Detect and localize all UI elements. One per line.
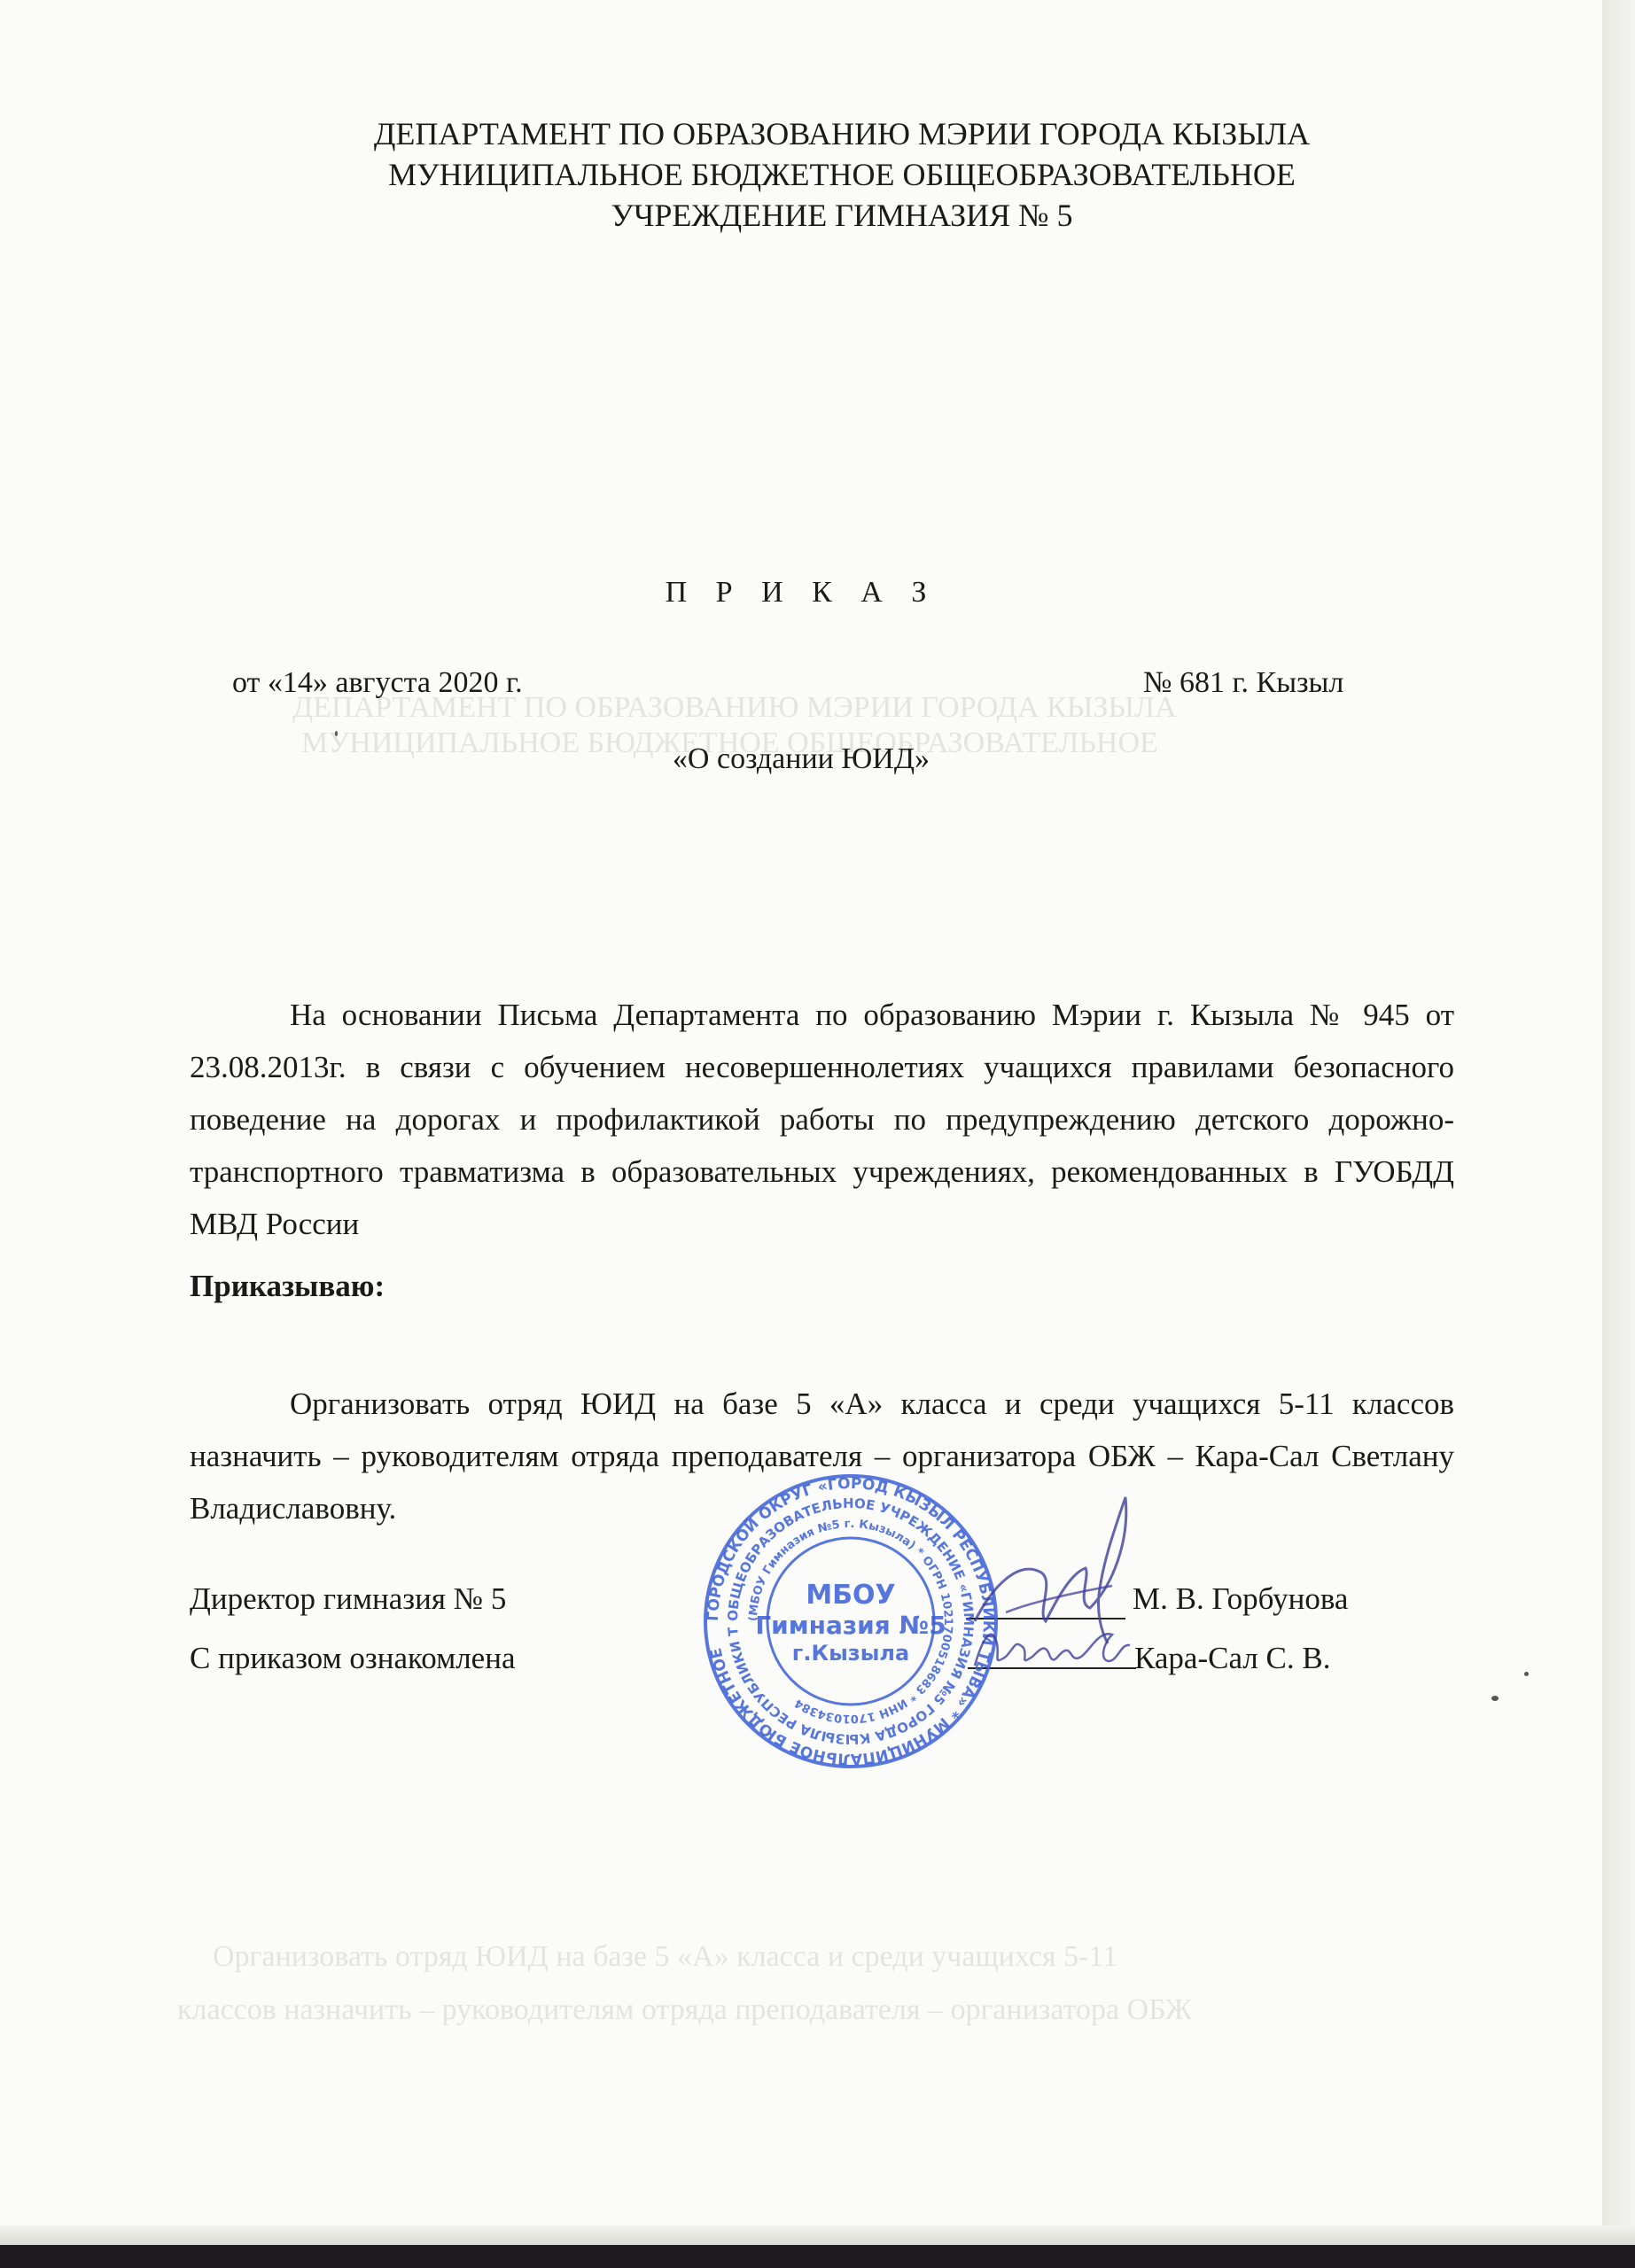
scan-speck bbox=[335, 731, 338, 736]
acknowledged-name: Кара-Сал С. В. bbox=[1134, 1641, 1330, 1676]
bleed-through-text: Организовать отряд ЮИД на базе 5 «А» кла… bbox=[213, 1940, 1117, 1974]
header-line-3: УЧРЕЖДЕНИЕ ГИМНАЗИЯ № 5 bbox=[266, 195, 1418, 236]
order-label: Приказываю: bbox=[190, 1269, 385, 1304]
scan-speck bbox=[1491, 1696, 1499, 1701]
bleed-through-text: классов назначить – руководителям отряда… bbox=[177, 1993, 1192, 2027]
document-number-place: № 681 г. Кызыл bbox=[1143, 666, 1343, 700]
stamp-center-line-1: МБОУ bbox=[806, 1580, 895, 1611]
document-date: от «14» августа 2020 г. bbox=[232, 666, 523, 700]
stamp-center-line-3: г.Кызыла bbox=[792, 1641, 909, 1666]
director-label: Директор гимназия № 5 bbox=[190, 1581, 506, 1617]
document-page: ДЕПАРТАМЕНТ ПО ОБРАЗОВАНИЮ МЭРИИ ГОРОДА … bbox=[0, 0, 1602, 2243]
acknowledged-signature bbox=[966, 1617, 1143, 1679]
scan-speck bbox=[1524, 1672, 1529, 1676]
scanner-bed-strip bbox=[0, 2245, 1635, 2268]
stamp-center-line-2: Гимназия №5 bbox=[755, 1611, 946, 1640]
document-title: П Р И К А З bbox=[0, 576, 1602, 610]
document-subject: «О создании ЮИД» bbox=[0, 742, 1602, 776]
institution-header: ДЕПАРТАМЕНТ ПО ОБРАЗОВАНИЮ МЭРИИ ГОРОДА … bbox=[266, 113, 1418, 236]
official-stamp: ГОРОДСКОЙ ОКРУГ «ГОРОД КЫЗЫЛ РЕСПУБЛИКИ … bbox=[700, 1471, 1001, 1772]
paper-bottom-edge bbox=[0, 2225, 1635, 2245]
preamble-paragraph: На основании Письма Департамента по обра… bbox=[190, 989, 1454, 1250]
director-name: М. В. Горбунова bbox=[1133, 1581, 1348, 1617]
header-line-2: МУНИЦИПАЛЬНОЕ БЮДЖЕТНОЕ ОБЩЕОБРАЗОВАТЕЛЬ… bbox=[266, 154, 1418, 195]
acknowledged-label: С приказом ознакомлена bbox=[190, 1641, 515, 1676]
paper-right-edge bbox=[1602, 0, 1635, 2243]
header-line-1: ДЕПАРТАМЕНТ ПО ОБРАЗОВАНИЮ МЭРИИ ГОРОДА … bbox=[266, 113, 1418, 154]
